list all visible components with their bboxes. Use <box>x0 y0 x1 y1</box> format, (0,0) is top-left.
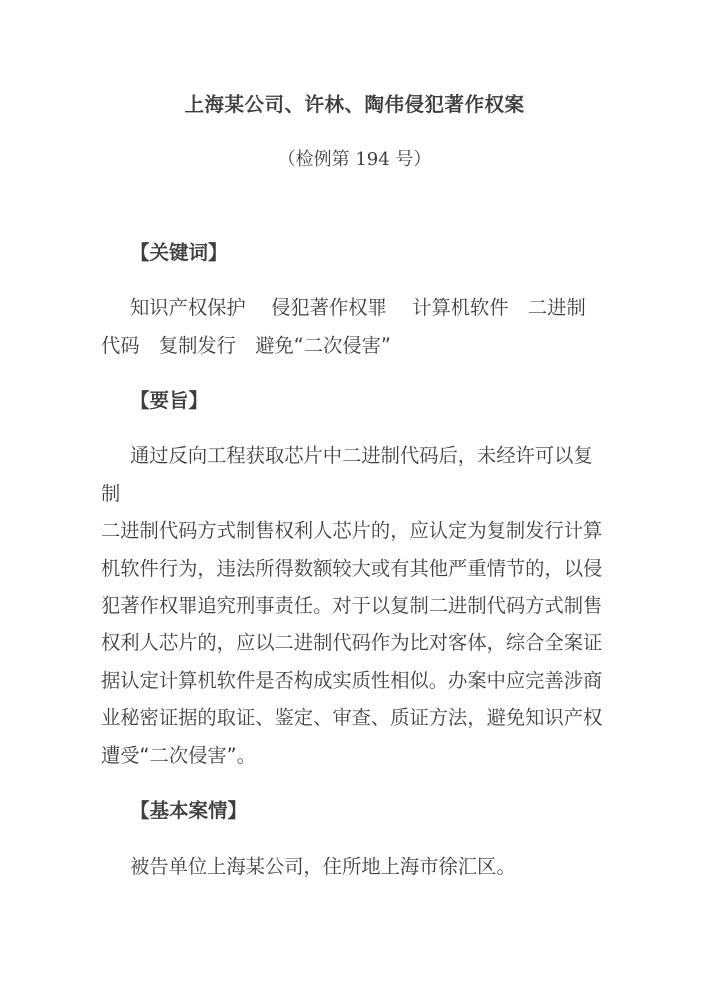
gist-line: 二进制代码方式制售权利人芯片的，应认定为复制发行计算 <box>101 512 608 549</box>
gist-line: 机软件行为，违法所得数额较大或有其他严重情节的，以侵 <box>101 550 608 587</box>
gist-line: 犯著作权罪追究刑事责任。对于以复制二进制代码方式制售 <box>101 587 608 624</box>
facts-heading: 【基本案情】 <box>101 792 608 829</box>
document-page: 上海某公司、许林、陶伟侵犯著作权案 （检例第 194 号） 【关键词】 知识产权… <box>0 0 707 999</box>
gist-line: 权利人芯片的，应以二进制代码作为比对客体，综合全案证 <box>101 624 608 661</box>
keywords-line: 代码 复制发行 避免“二次侵害” <box>101 327 608 364</box>
facts-line: 被告单位上海某公司，住所地上海市徐汇区。 <box>101 848 608 885</box>
case-title: 上海某公司、许林、陶伟侵犯著作权案 <box>101 86 608 123</box>
gist-heading: 【要旨】 <box>101 382 608 419</box>
gist-paragraph: 通过反向工程获取芯片中二进制代码后，未经许可以复制 二进制代码方式制售权利人芯片… <box>101 437 608 774</box>
keywords-heading: 【关键词】 <box>101 234 608 271</box>
gist-line: 通过反向工程获取芯片中二进制代码后，未经许可以复制 <box>101 437 608 512</box>
gist-line: 业秘密证据的取证、鉴定、审查、质证方法，避免知识产权 <box>101 699 608 736</box>
keywords-paragraph: 知识产权保护 侵犯著作权罪 计算机软件 二进制 代码 复制发行 避免“二次侵害” <box>101 289 608 364</box>
case-number: （检例第 194 号） <box>101 141 608 178</box>
keywords-line: 知识产权保护 侵犯著作权罪 计算机软件 二进制 <box>101 289 608 326</box>
gist-line: 遭受“二次侵害”。 <box>101 737 608 774</box>
gist-line: 据认定计算机软件是否构成实质性相似。办案中应完善涉商 <box>101 662 608 699</box>
facts-paragraph: 被告单位上海某公司，住所地上海市徐汇区。 <box>101 848 608 885</box>
